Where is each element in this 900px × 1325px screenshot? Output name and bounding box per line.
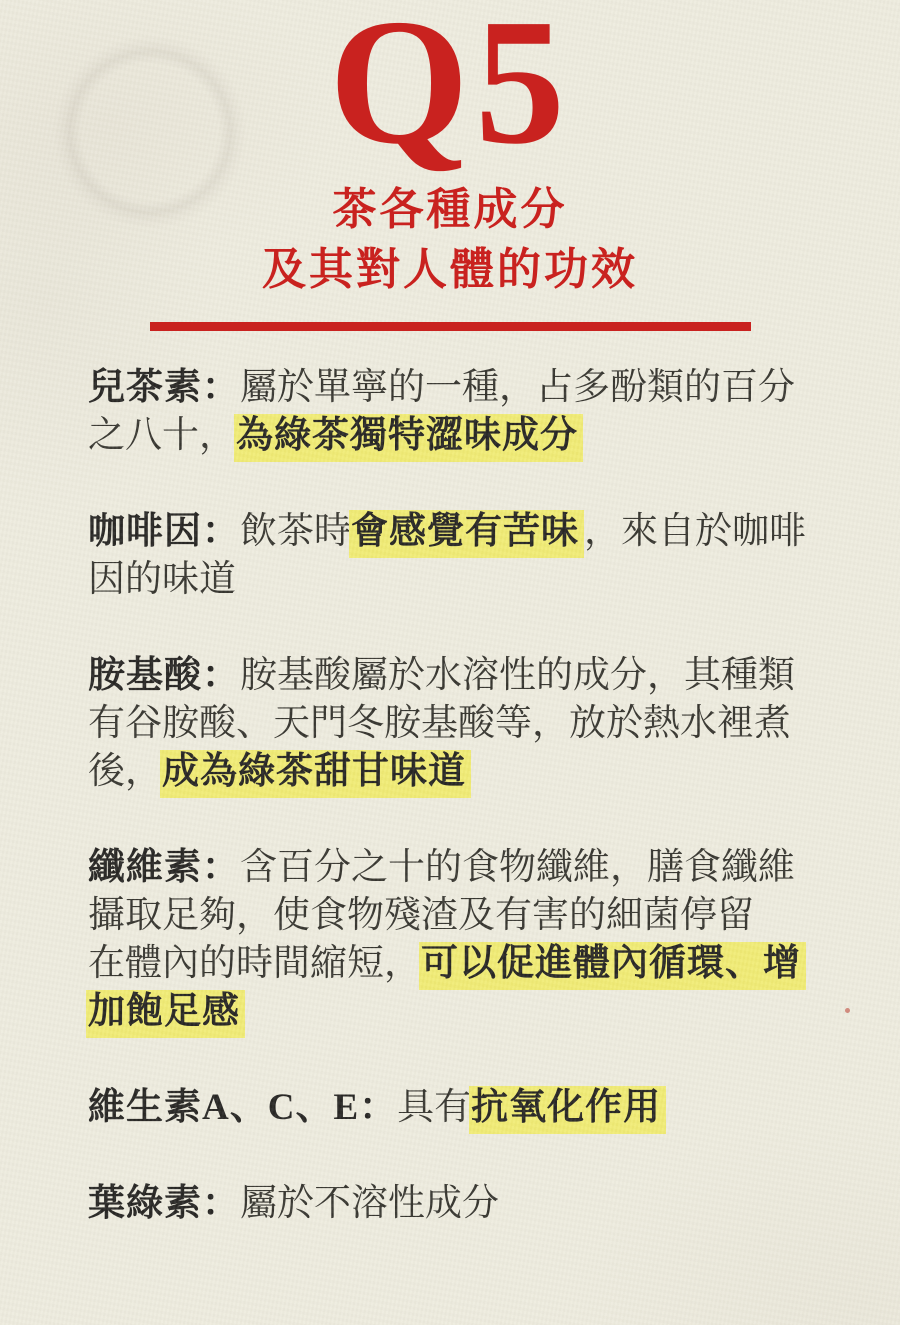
tea-components-list: 兒茶素：屬於單寧的一種，占多酚類的百分 之八十，為綠茶獨特澀味成分咖啡因：飲茶時… (88, 364, 833, 1228)
vitamins-ace-highlight-text: 抗氧化作用 (469, 1086, 666, 1134)
paper-speck (845, 1008, 850, 1013)
catechin-highlight-text: 為綠茶獨特澀味成分 (234, 414, 583, 462)
page-title: 茶各種成分 及其對人體的功效 (0, 180, 900, 300)
chlorophyll-normal-text: 屬於不溶性成分 (240, 1183, 499, 1224)
caffeine-term-text: 咖啡因： (88, 511, 240, 552)
page-title-line-1: 茶各種成分 (0, 180, 900, 240)
caffeine-normal-text: 飲茶時 (240, 511, 351, 552)
paragraph-catechin: 兒茶素：屬於單寧的一種，占多酚類的百分 之八十，為綠茶獨特澀味成分 (88, 364, 833, 460)
chlorophyll-term-text: 葉綠素： (88, 1183, 240, 1224)
caffeine-highlight-text: 會感覺有苦味 (349, 510, 584, 558)
paragraph-chlorophyll: 葉綠素：屬於不溶性成分 (88, 1180, 833, 1228)
title-divider (150, 322, 751, 331)
question-number: Q5 (0, 0, 900, 172)
fiber-term-text: 纖維素： (88, 847, 240, 888)
page-title-line-2: 及其對人體的功效 (0, 240, 900, 300)
amino-acid-highlight-text: 成為綠茶甜甘味道 (160, 750, 471, 798)
catechin-term-text: 兒茶素： (88, 367, 240, 408)
page-header: Q5 茶各種成分 及其對人體的功效 (0, 0, 900, 331)
paragraph-fiber: 纖維素：含百分之十的食物纖維，膳食纖維 攝取足夠，使食物殘渣及有害的細菌停留 在… (88, 844, 833, 1036)
vitamins-ace-term-text: 維生素A、C、E： (88, 1087, 397, 1128)
paragraph-caffeine: 咖啡因：飲茶時會感覺有苦味，來自於咖啡 因的味道 (88, 508, 833, 604)
paragraph-amino-acid: 胺基酸：胺基酸屬於水溶性的成分，其種類 有谷胺酸、天門冬胺基酸等，放於熱水裡煮 … (88, 652, 833, 796)
vitamins-ace-normal-text: 具有 (397, 1087, 471, 1128)
tea-infographic-page: Q5 茶各種成分 及其對人體的功效 兒茶素：屬於單寧的一種，占多酚類的百分 之八… (0, 0, 900, 1325)
amino-acid-term-text: 胺基酸： (88, 655, 240, 696)
paragraph-vitamins-ace: 維生素A、C、E：具有抗氧化作用 (88, 1084, 833, 1132)
